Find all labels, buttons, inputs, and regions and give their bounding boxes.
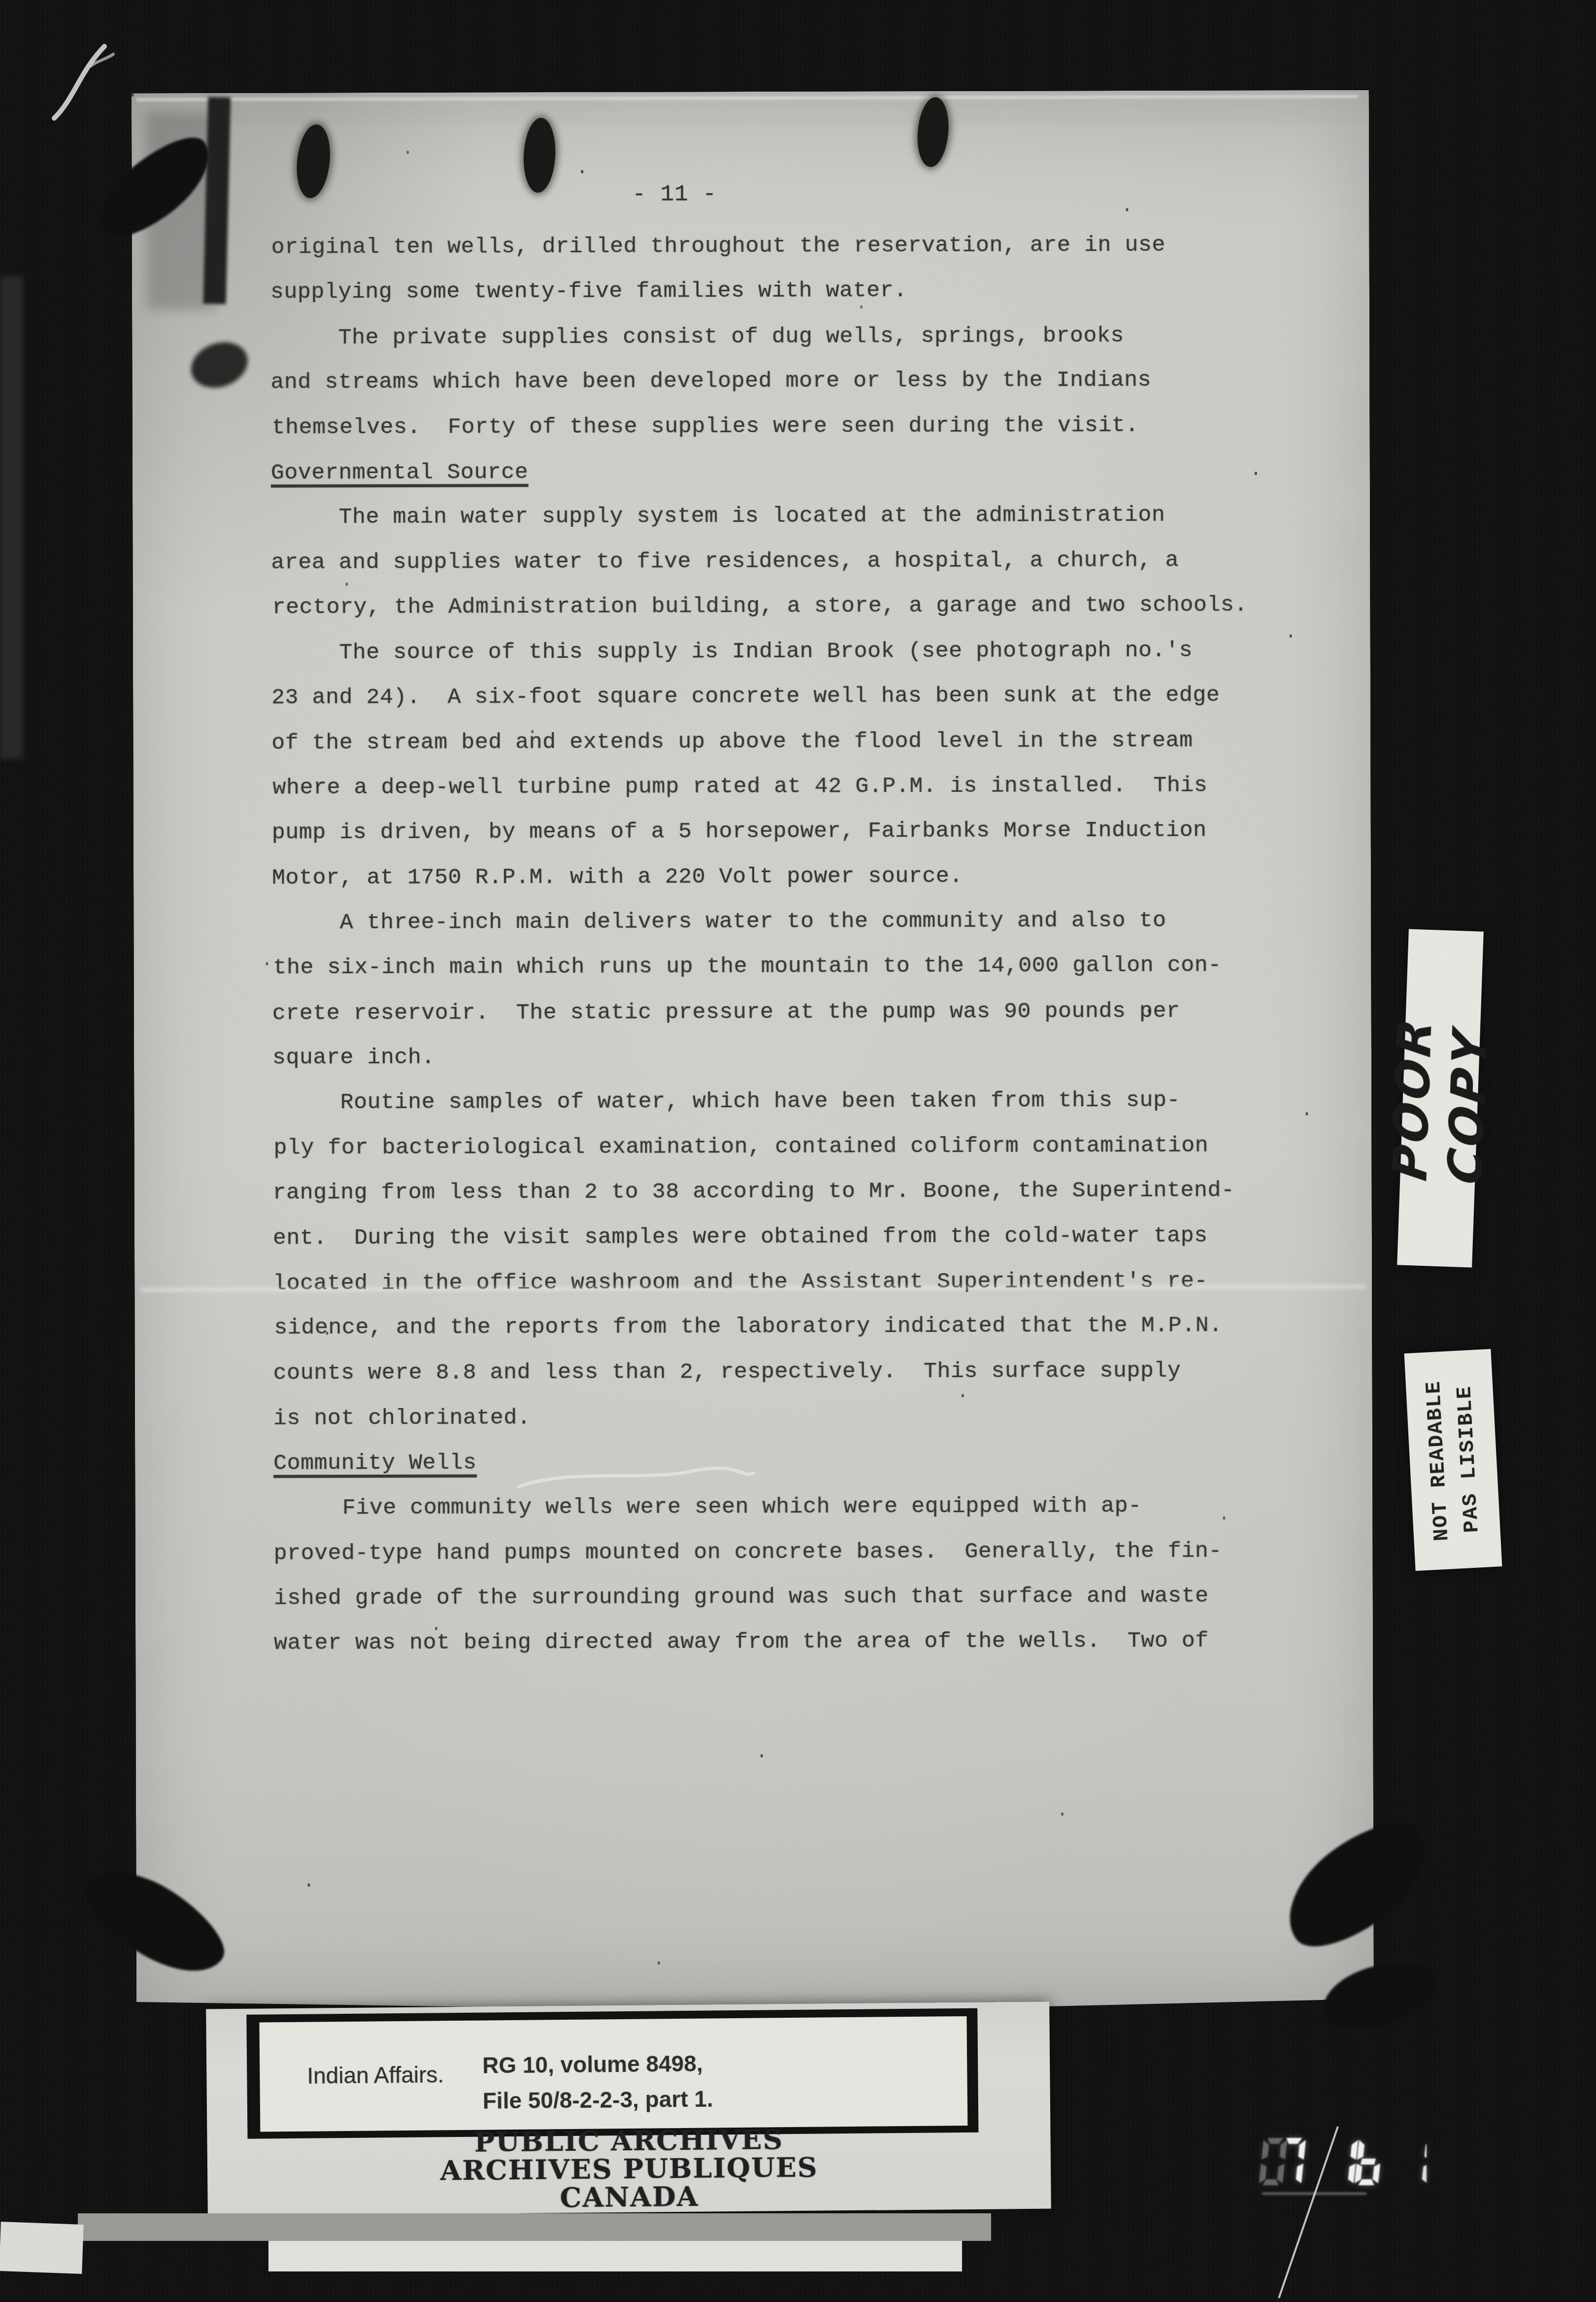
text-line: is not chlorinated. [273, 1393, 1328, 1441]
film-edge-artifact [0, 276, 23, 759]
text-line: A three-inch main delivers water to the … [272, 898, 1326, 946]
section-heading: Governmental Source [271, 448, 1325, 496]
text-line: crete reservoir. The static pressure at … [272, 988, 1327, 1036]
text-line: themselves. Forty of these supplies were… [272, 403, 1326, 450]
document-text: original ten wells, drilled throughout t… [270, 222, 1329, 1666]
section-heading: Community Wells [273, 1438, 1328, 1486]
archive-collection-label: Indian Affairs. [307, 2061, 444, 2089]
text-line: supplying some twenty-five families with… [270, 267, 1325, 315]
microfilm-frame: - 11 - original ten wells, drilled throu… [0, 0, 1596, 2302]
scratch-squiggle-artifact [513, 1461, 760, 1496]
text-line: The main water supply system is located … [271, 492, 1325, 540]
text-line: and streams which have been developed mo… [270, 357, 1325, 405]
text-line: ply for bacteriological examination, con… [273, 1123, 1328, 1171]
text-line: 23 and 24). A six-foot square concrete w… [271, 673, 1326, 720]
public-archives-stamp: PUBLIC ARCHIVES ARCHIVES PUBLIQUES CANAD… [207, 2123, 1051, 2215]
archive-reference-card: Indian Affairs. RG 10, volume 8498, File… [246, 2008, 978, 2139]
tape-artifact [203, 97, 231, 304]
text-line: The source of this supply is Indian Broo… [271, 627, 1326, 675]
text-line: square inch. [272, 1033, 1327, 1081]
text-line: Routine samples of water, which have bee… [272, 1078, 1327, 1125]
punch-hole [915, 96, 951, 169]
text-line: pump is driven, by means of a 5 horsepow… [272, 808, 1326, 855]
dust-specks [132, 93, 134, 97]
poor-copy-label: POOR COPY [1397, 929, 1484, 1268]
punch-hole [294, 123, 333, 200]
text-line: Motor, at 1750 R.P.M. with a 220 Volt po… [272, 853, 1326, 901]
punch-hole [522, 117, 557, 194]
text-line: sidence, and the reports from the labora… [274, 1303, 1328, 1351]
archive-reference-volume: RG 10, volume 8498, [482, 2050, 703, 2079]
film-strip-artifact [78, 2213, 991, 2241]
text-line: The private supplies consist of dug well… [270, 313, 1325, 361]
film-strip-artifact [0, 2222, 84, 2274]
text-line: where a deep-well turbine pump rated at … [272, 763, 1327, 811]
ink-blob-artifact [185, 335, 254, 395]
film-scratch-curl [43, 36, 127, 125]
archive-reference-file: File 50/8-2-2-3, part 1. [483, 2086, 713, 2114]
text-line: rectory, the Administration building, a … [272, 582, 1327, 630]
text-line: water was not being directed away from t… [274, 1618, 1328, 1666]
poor-copy-text: POOR COPY [1379, 927, 1501, 1278]
text-line: original ten wells, drilled throughout t… [271, 222, 1326, 270]
text-line: of the stream bed and extends up above t… [271, 718, 1326, 766]
text-line: counts were 8.8 and less than 2, respect… [273, 1348, 1328, 1396]
text-line: the six-inch main which runs up the moun… [273, 943, 1327, 990]
text-line: Five community wells were seen which wer… [274, 1483, 1329, 1531]
frame-counter: 7161 [1257, 2135, 1427, 2188]
text-line: ent. During the visit samples were obtai… [273, 1213, 1327, 1261]
archive-stamp-block: Indian Affairs. RG 10, volume 8498, File… [206, 2002, 1051, 2216]
not-readable-label: NOT READABLE PAS LISIBLE [1404, 1349, 1502, 1571]
text-line: ranging from less than 2 to 38 according… [273, 1168, 1327, 1216]
text-line: proved-type hand pumps mounted on concre… [274, 1528, 1328, 1576]
text-line: located in the office washroom and the A… [273, 1258, 1327, 1306]
page-number: - 11 - [632, 181, 717, 207]
document-page: - 11 - original ten wells, drilled throu… [132, 90, 1374, 2018]
frame-counter-digits [1257, 2135, 1427, 2188]
page-edge-glint [136, 95, 1358, 101]
text-line: ished grade of the surrounding ground wa… [274, 1573, 1328, 1621]
film-strip-artifact [268, 2241, 962, 2271]
text-line: area and supplies water to five residenc… [271, 538, 1325, 585]
